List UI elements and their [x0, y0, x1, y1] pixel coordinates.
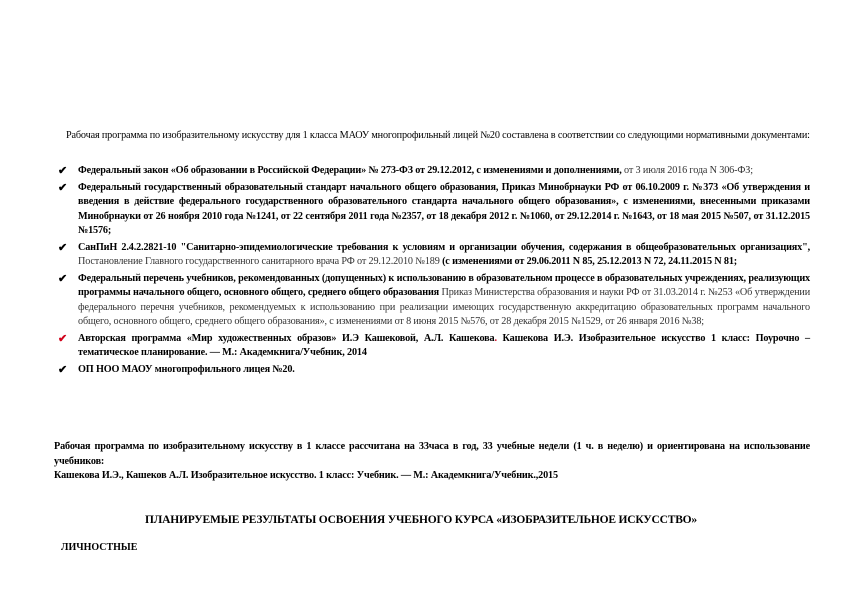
checkmark-icon: ✔	[58, 363, 72, 378]
section-title: ПЛАНИРУЕМЫЕ РЕЗУЛЬТАТЫ ОСВОЕНИЯ УЧЕБНОГО…	[0, 514, 842, 526]
checkmark-icon: ✔	[58, 332, 72, 347]
list-item: ✔ Федеральный перечень учебников, рекоме…	[58, 272, 810, 330]
checkmark-icon: ✔	[58, 241, 72, 256]
normative-documents-list: ✔ Федеральный закон «Об образовании в Ро…	[58, 164, 810, 379]
subsection-title: ЛИЧНОСТНЫЕ	[61, 542, 137, 553]
list-item: ✔ Федеральный закон «Об образовании в Ро…	[58, 164, 810, 179]
checkmark-icon: ✔	[58, 181, 72, 196]
list-item: ✔ СанПиН 2.4.2.2821-10 "Санитарно-эпидем…	[58, 241, 810, 270]
hours-paragraph: Рабочая программа по изобразительному ис…	[54, 440, 810, 469]
textbook-paragraph: Кашекова И.Э., Кашеков А.Л. Изобразитель…	[54, 469, 810, 484]
document-page: Рабочая программа по изобразительному ис…	[0, 0, 842, 595]
list-item: ✔ ОП НОО МАОУ многопрофильного лицея №20…	[58, 363, 810, 378]
intro-paragraph: Рабочая программа по изобразительному ис…	[54, 129, 810, 144]
list-item: ✔ Федеральный государственный образовате…	[58, 181, 810, 239]
list-item: ✔ Авторская программа «Мир художественны…	[58, 332, 810, 361]
checkmark-icon: ✔	[58, 272, 72, 287]
checkmark-icon: ✔	[58, 164, 72, 179]
